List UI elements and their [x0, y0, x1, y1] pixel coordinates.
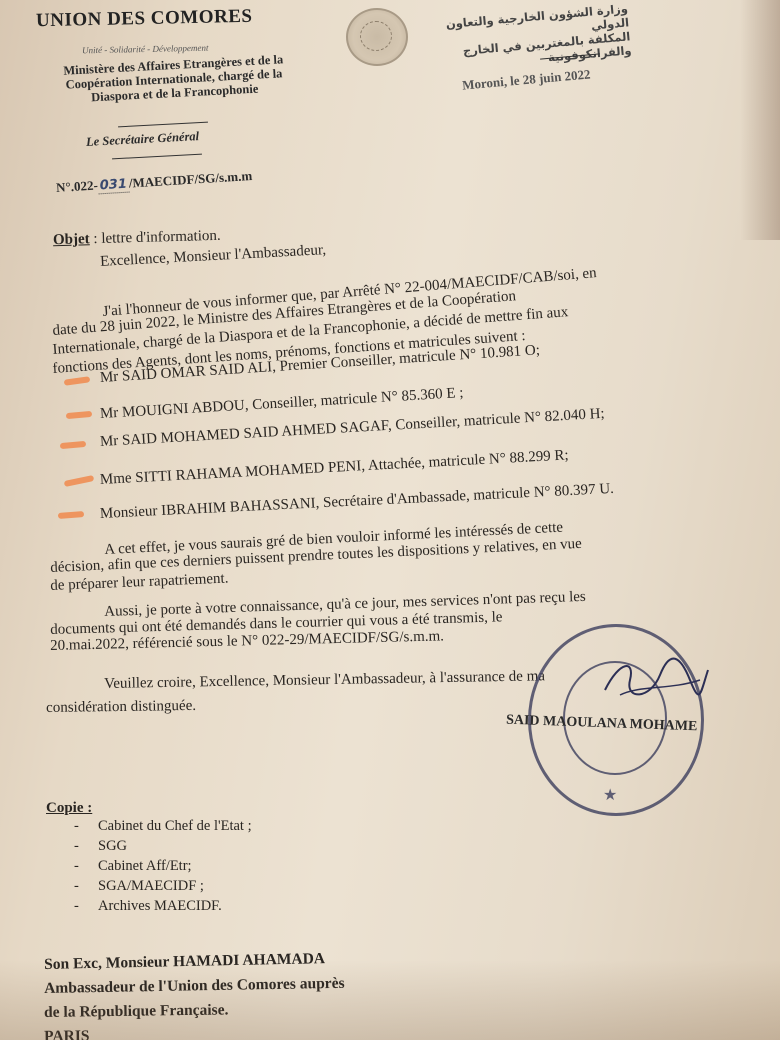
copies-label: Copie : [46, 800, 92, 817]
copy-item-label: SGA/MAECIDF ; [98, 878, 204, 894]
handwritten-number: 031 [97, 177, 129, 195]
copy-item-label: Cabinet Aff/Etr; [98, 858, 192, 874]
bullet: - [74, 878, 98, 895]
highlight-mark [60, 441, 86, 449]
signature-icon [600, 650, 710, 710]
copies-label-suffix: : [84, 800, 93, 816]
star-icon: ★ [603, 785, 617, 805]
ministry-name: Ministère des Affaires Etrangères et de … [33, 51, 315, 108]
letter-page: UNION DES COMORES Unité - Solidarité - D… [0, 0, 780, 1040]
copy-item-label: Cabinet du Chef de l'Etat ; [98, 818, 252, 834]
copy-item: -SGA/MAECIDF ; [74, 878, 204, 895]
highlight-mark [64, 376, 91, 386]
country-title: UNION DES COMORES [36, 6, 253, 33]
national-motto: Unité - Solidarité - Développement [82, 43, 209, 56]
arabic-header: وزارة الشؤون الخارجية والتعاون الدولي ال… [428, 1, 632, 74]
closing-line: Veuillez croire, Excellence, Monsieur l'… [104, 668, 545, 693]
agent-item: Mme SITTI RAHAMA MOHAMED PENI, Attachée,… [100, 447, 570, 489]
subject-line: Objet : lettre d'information. [53, 228, 221, 249]
highlight-mark [64, 475, 95, 487]
copies-label-text: Copie [46, 800, 84, 816]
highlight-mark [66, 411, 92, 419]
copy-item-label: Archives MAECIDF. [98, 898, 222, 914]
office-title: Le Secrétaire Général [86, 129, 200, 150]
copy-item: -Archives MAECIDF. [74, 898, 222, 915]
bullet: - [74, 818, 98, 835]
copy-item: -Cabinet du Chef de l'Etat ; [74, 818, 252, 835]
copy-item: -SGG [74, 838, 127, 855]
subject-label: Objet [53, 231, 90, 248]
photo-shadow [0, 960, 780, 1040]
reference-prefix: N°.022- [56, 177, 99, 195]
page-shadow-edge [740, 0, 780, 240]
copy-item-label: SGG [98, 838, 127, 854]
subject-text: : lettre d'information. [89, 228, 220, 247]
bullet: - [74, 838, 98, 855]
reference-number: N°.022-031/MAECIDF/SG/s.m.m [56, 168, 253, 196]
emblem-seal-icon [346, 8, 408, 66]
divider [112, 154, 202, 160]
bullet: - [74, 858, 98, 875]
agent-item: Monsieur IBRAHIM BAHASSANI, Secrétaire d… [100, 481, 615, 523]
reference-suffix: /MAECIDF/SG/s.m.m [128, 168, 252, 191]
closing-line: considération distinguée. [46, 698, 196, 717]
divider [118, 122, 208, 128]
highlight-mark [58, 511, 84, 519]
bullet: - [74, 898, 98, 915]
place-and-date: Moroni, le 28 juin 2022 [462, 66, 592, 93]
copy-item: -Cabinet Aff/Etr; [74, 858, 192, 875]
